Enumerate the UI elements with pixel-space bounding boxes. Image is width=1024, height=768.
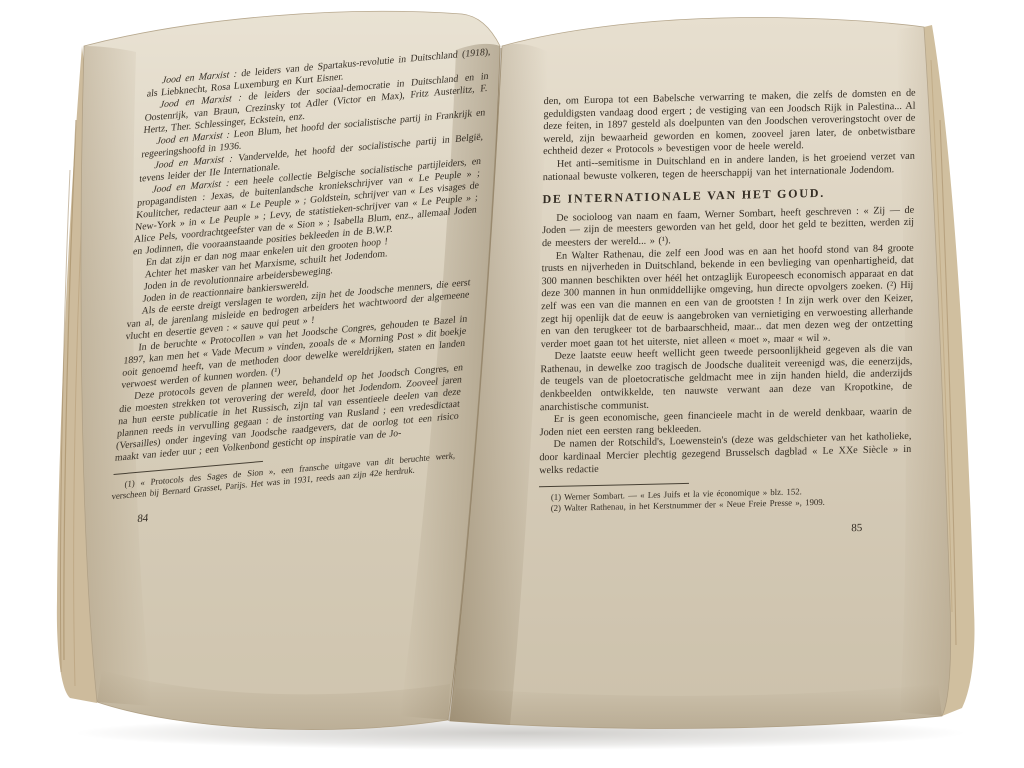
paragraph: En Walter Rathenau, die zelf een Jood wa…: [541, 242, 914, 351]
right-page-text: den, om Europa tot een Babelsche verwarr…: [538, 88, 915, 542]
footnote-rule: [539, 483, 689, 487]
paragraph: De namen der Rotschild's, Loewenstein's …: [539, 431, 911, 477]
left-page-text: Jood en Marxist : de leiders van de Spar…: [109, 46, 491, 527]
section-heading: DE INTERNATIONALE VAN HET GOUD.: [542, 185, 914, 206]
paragraph: Deze laatste eeuw heeft wellicht geen tw…: [540, 343, 913, 414]
book-photo: Jood en Marxist : de leiders van de Spar…: [0, 0, 1024, 768]
paragraph: den, om Europa tot een Babelsche verwarr…: [543, 88, 916, 159]
